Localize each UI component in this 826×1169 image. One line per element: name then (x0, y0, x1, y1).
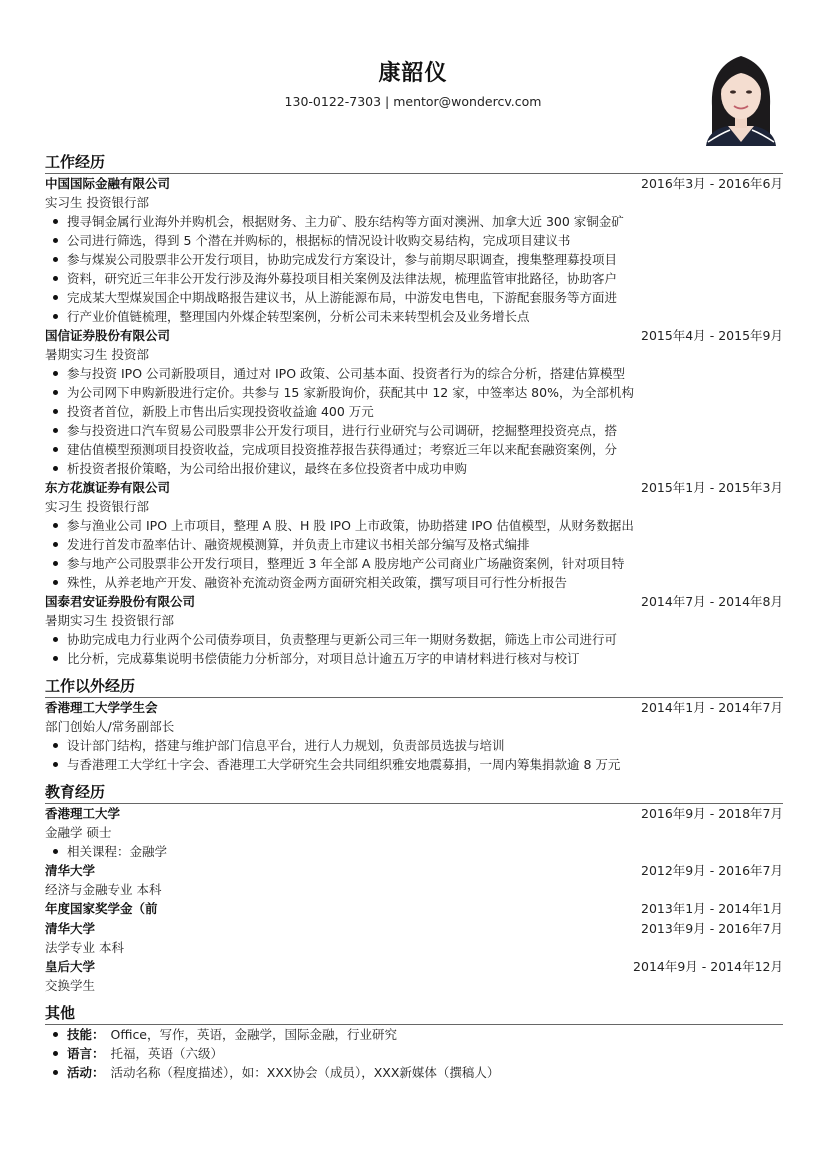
work-entry: 国信证券股份有限公司 2015年4月 - 2015年9月 暑期实习生 投资部 参… (45, 326, 783, 478)
section-title: 教育经历 (45, 780, 783, 804)
item-value: Office，写作，英语，金融学，国际金融，行业研究 (111, 1027, 398, 1042)
job-role: 实习生 投资银行部 (45, 497, 783, 516)
bullet-item: 完成某大型煤炭国企中期战略报告建议书，从上游能源布局，中游发电售电，下游配套服务… (45, 288, 783, 307)
bullet-item: 参与渔业公司 IPO 上市项目，整理 A 股、H 股 IPO 上市政策，协助搭建… (45, 516, 783, 535)
bullet-item: 投资者首位，新股上市售出后实现投资收益逾 400 万元 (45, 402, 783, 421)
education-entry: 皇后大学 2014年9月 - 2014年12月 交换学生 (45, 957, 783, 995)
award-entry: 年度国家奖学金（前 2013年1月 - 2014年1月 (45, 899, 783, 919)
bullet-item: 建估值模型预测项目投资收益，完成项目投资推荐报告获得通过；考察近三年以来配套融资… (45, 440, 783, 459)
activity-role: 部门创始人/常务副部长 (45, 717, 783, 736)
date-range: 2013年9月 - 2016年7月 (641, 919, 783, 938)
date-range: 2012年9月 - 2016年7月 (641, 861, 783, 880)
date-range: 2016年3月 - 2016年6月 (641, 174, 783, 193)
bullet-item: 殊性，从养老地产开发、融资补充流动资金两方面研究相关政策，撰写项目可行性分析报告 (45, 573, 783, 592)
skills-item: 技能：Office，写作，英语，金融学，国际金融，行业研究 (45, 1025, 783, 1044)
bullet-item: 设计部门结构，搭建与维护部门信息平台，进行人力规划，负责部员选拔与培训 (45, 736, 783, 755)
activity-entry: 香港理工大学学生会 2014年1月 - 2014年7月 部门创始人/常务副部长 … (45, 698, 783, 774)
job-role: 实习生 投资银行部 (45, 193, 783, 212)
education-entry: 清华大学 2012年9月 - 2016年7月 经济与金融专业 本科 (45, 861, 783, 899)
degree: 金融学 硕士 (45, 823, 783, 842)
bullet-item: 相关课程：金融学 (45, 842, 783, 861)
date-range: 2015年4月 - 2015年9月 (641, 326, 783, 345)
date-range: 2015年1月 - 2015年3月 (641, 478, 783, 497)
date-range: 2016年9月 - 2018年7月 (641, 804, 783, 823)
education-entry: 清华大学 2013年9月 - 2016年7月 法学专业 本科 (45, 919, 783, 957)
item-value: 活动名称（程度描述），如：XXX协会（成员），XXX新媒体（撰稿人） (111, 1065, 500, 1080)
section-extracurricular: 工作以外经历 香港理工大学学生会 2014年1月 - 2014年7月 部门创始人… (45, 674, 783, 774)
profile-photo (698, 46, 784, 146)
bullet-item: 参与投资 IPO 公司新股项目，通过对 IPO 政策、公司基本面、投资者行为的综… (45, 364, 783, 383)
portrait-image-icon (698, 46, 784, 146)
bullet-item: 行产业价值链梳理，整理国内外煤企转型案例，分析公司未来转型机会及业务增长点 (45, 307, 783, 326)
section-other: 其他 技能：Office，写作，英语，金融学，国际金融，行业研究 语言：托福，英… (45, 1001, 783, 1082)
item-label: 活动： (67, 1065, 105, 1080)
resume-page: 康韶仪 130-0122-7303 | mentor@wondercv.com … (0, 0, 826, 1169)
school-name: 清华大学 (45, 861, 95, 880)
activities-item: 活动：活动名称（程度描述），如：XXX协会（成员），XXX新媒体（撰稿人） (45, 1063, 783, 1082)
company-name: 国泰君安证券股份有限公司 (45, 592, 195, 611)
bullet-item: 析投资者报价策略，为公司给出报价建议，最终在多位投资者中成功申购 (45, 459, 783, 478)
section-work: 工作经历 中国国际金融有限公司 2016年3月 - 2016年6月 实习生 投资… (45, 150, 783, 668)
bullet-item: 公司进行筛选，得到 5 个潜在并购标的，根据标的情况设计收购交易结构，完成项目建… (45, 231, 783, 250)
degree: 法学专业 本科 (45, 938, 783, 957)
school-name: 清华大学 (45, 919, 95, 938)
bullet-item: 发进行首发市盈率估计、融资规模测算，并负责上市建议书相关部分编写及格式编排 (45, 535, 783, 554)
work-entry: 中国国际金融有限公司 2016年3月 - 2016年6月 实习生 投资银行部 搜… (45, 174, 783, 326)
company-name: 国信证券股份有限公司 (45, 326, 170, 345)
work-entry: 东方花旗证券有限公司 2015年1月 - 2015年3月 实习生 投资银行部 参… (45, 478, 783, 592)
date-range: 2014年7月 - 2014年8月 (641, 592, 783, 611)
bullet-item: 与香港理工大学红十字会、香港理工大学研究生会共同组织雅安地震募捐，一周内筹集捐款… (45, 755, 783, 774)
section-education: 教育经历 香港理工大学 2016年9月 - 2018年7月 金融学 硕士 相关课… (45, 780, 783, 995)
bullet-item: 资料，研究近三年非公开发行涉及海外募投项目相关案例及法律法规，梳理监管审批路径，… (45, 269, 783, 288)
bullet-item: 搜寻铜金属行业海外并购机会，根据财务、主力矿、股东结构等方面对澳洲、加拿大近 3… (45, 212, 783, 231)
degree: 经济与金融专业 本科 (45, 880, 783, 899)
section-title: 工作经历 (45, 150, 783, 174)
languages-item: 语言：托福，英语（六级） (45, 1044, 783, 1063)
school-name: 香港理工大学 (45, 804, 120, 823)
resume-content: 工作经历 中国国际金融有限公司 2016年3月 - 2016年6月 实习生 投资… (45, 150, 783, 1085)
company-name: 东方花旗证券有限公司 (45, 478, 170, 497)
bullet-item: 协助完成电力行业两个公司债券项目，负责整理与更新公司三年一期财务数据，筛选上市公… (45, 630, 783, 649)
date-range: 2014年9月 - 2014年12月 (633, 957, 783, 976)
bullet-item: 参与煤炭公司股票非公开发行项目，协助完成发行方案设计，参与前期尽职调查，搜集整理… (45, 250, 783, 269)
school-name: 皇后大学 (45, 957, 95, 976)
organization-name: 香港理工大学学生会 (45, 698, 158, 717)
date-range: 2014年1月 - 2014年7月 (641, 698, 783, 717)
item-label: 语言： (67, 1046, 105, 1061)
bullet-item: 比分析，完成募集说明书偿债能力分析部分，对项目总计逾五万字的申请材料进行核对与校… (45, 649, 783, 668)
bullet-item: 参与地产公司股票非公开发行项目，整理近 3 年全部 A 股房地产公司商业广场融资… (45, 554, 783, 573)
award-name: 年度国家奖学金（前 (45, 899, 158, 918)
work-entry: 国泰君安证券股份有限公司 2014年7月 - 2014年8月 暑期实习生 投资银… (45, 592, 783, 668)
degree: 交换学生 (45, 976, 783, 995)
section-title: 其他 (45, 1001, 783, 1025)
date-range: 2013年1月 - 2014年1月 (641, 899, 783, 918)
bullet-item: 为公司网下申购新股进行定价。共参与 15 家新股询价，获配其中 12 家，中签率… (45, 383, 783, 402)
section-title: 工作以外经历 (45, 674, 783, 698)
job-role: 暑期实习生 投资部 (45, 345, 783, 364)
company-name: 中国国际金融有限公司 (45, 174, 170, 193)
bullet-item: 参与投资进口汽车贸易公司股票非公开发行项目，进行行业研究与公司调研，挖掘整理投资… (45, 421, 783, 440)
education-entry: 香港理工大学 2016年9月 - 2018年7月 金融学 硕士 相关课程：金融学 (45, 804, 783, 861)
job-role: 暑期实习生 投资银行部 (45, 611, 783, 630)
item-value: 托福，英语（六级） (111, 1046, 224, 1061)
item-label: 技能： (67, 1027, 105, 1042)
